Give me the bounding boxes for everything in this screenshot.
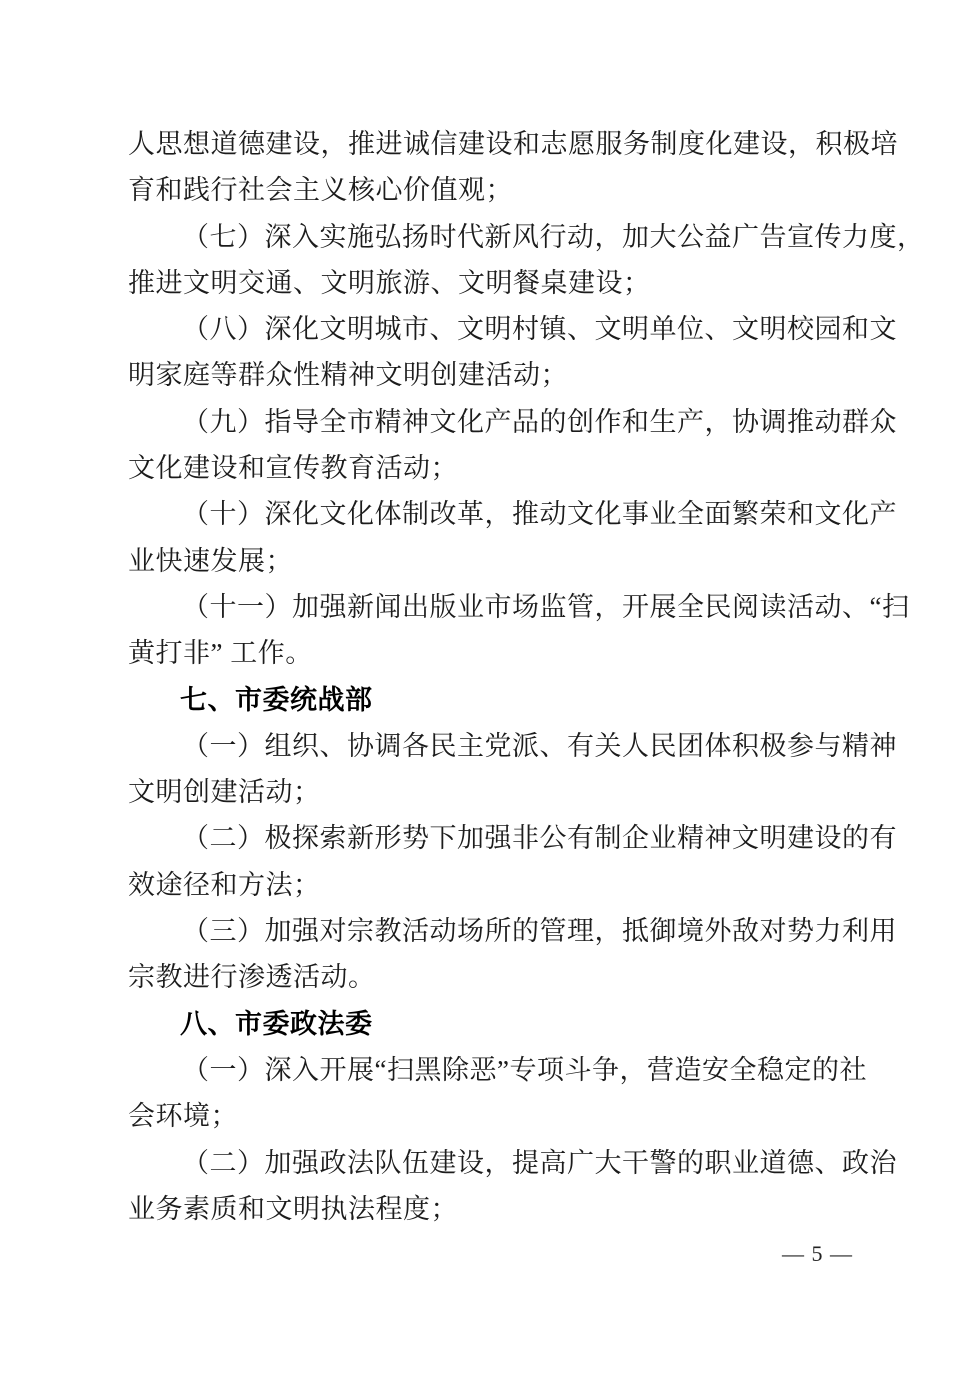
text-line: 黄打非” 工作。: [128, 630, 862, 676]
text-line: 宗教进行渗透活动。: [128, 954, 862, 1000]
text-line: 人思想道德建设，推进诚信建设和志愿服务制度化建设，积极培: [128, 121, 862, 167]
text-line: 业快速发展；: [128, 538, 862, 584]
text-line: （三）加强对宗教活动场所的管理，抵御境外敌对势力利用: [128, 908, 862, 954]
text-line: （二）极探索新形势下加强非公有制企业精神文明建设的有: [128, 815, 862, 861]
document-page: 人思想道德建设，推进诚信建设和志愿服务制度化建设，积极培 育和践行社会主义核心价…: [0, 0, 980, 1386]
text-line: （九）指导全市精神文化产品的创作和生产，协调推动群众: [128, 399, 862, 445]
text-line: 会环境；: [128, 1093, 862, 1139]
text-line: 育和践行社会主义核心价值观；: [128, 167, 862, 213]
page-number: — 5 —: [782, 1241, 853, 1267]
text-line: 效途径和方法；: [128, 862, 862, 908]
text-line: （二）加强政法队伍建设，提高广大干警的职业道德、政治: [128, 1140, 862, 1186]
document-body: 人思想道德建设，推进诚信建设和志愿服务制度化建设，积极培 育和践行社会主义核心价…: [128, 121, 862, 1232]
section-heading-political-legal: 八、市委政法委: [128, 1001, 862, 1047]
text-line: （十）深化文化体制改革，推动文化事业全面繁荣和文化产: [128, 491, 862, 537]
text-line: 文化建设和宣传教育活动；: [128, 445, 862, 491]
text-line: 推进文明交通、文明旅游、文明餐桌建设；: [128, 260, 862, 306]
text-line: （一）组织、协调各民主党派、有关人民团体积极参与精神: [128, 723, 862, 769]
text-line: （七）深入实施弘扬时代新风行动，加大公益广告宣传力度，: [128, 214, 862, 260]
section-heading-united-front: 七、市委统战部: [128, 677, 862, 723]
text-line: 业务素质和文明执法程度；: [128, 1186, 862, 1232]
text-line: 明家庭等群众性精神文明创建活动；: [128, 352, 862, 398]
text-line: （一）深入开展“扫黑除恶”专项斗争，营造安全稳定的社: [128, 1047, 862, 1093]
text-line: （八）深化文明城市、文明村镇、文明单位、文明校园和文: [128, 306, 862, 352]
text-line: （十一）加强新闻出版业市场监管，开展全民阅读活动、“扫: [128, 584, 862, 630]
text-line: 文明创建活动；: [128, 769, 862, 815]
